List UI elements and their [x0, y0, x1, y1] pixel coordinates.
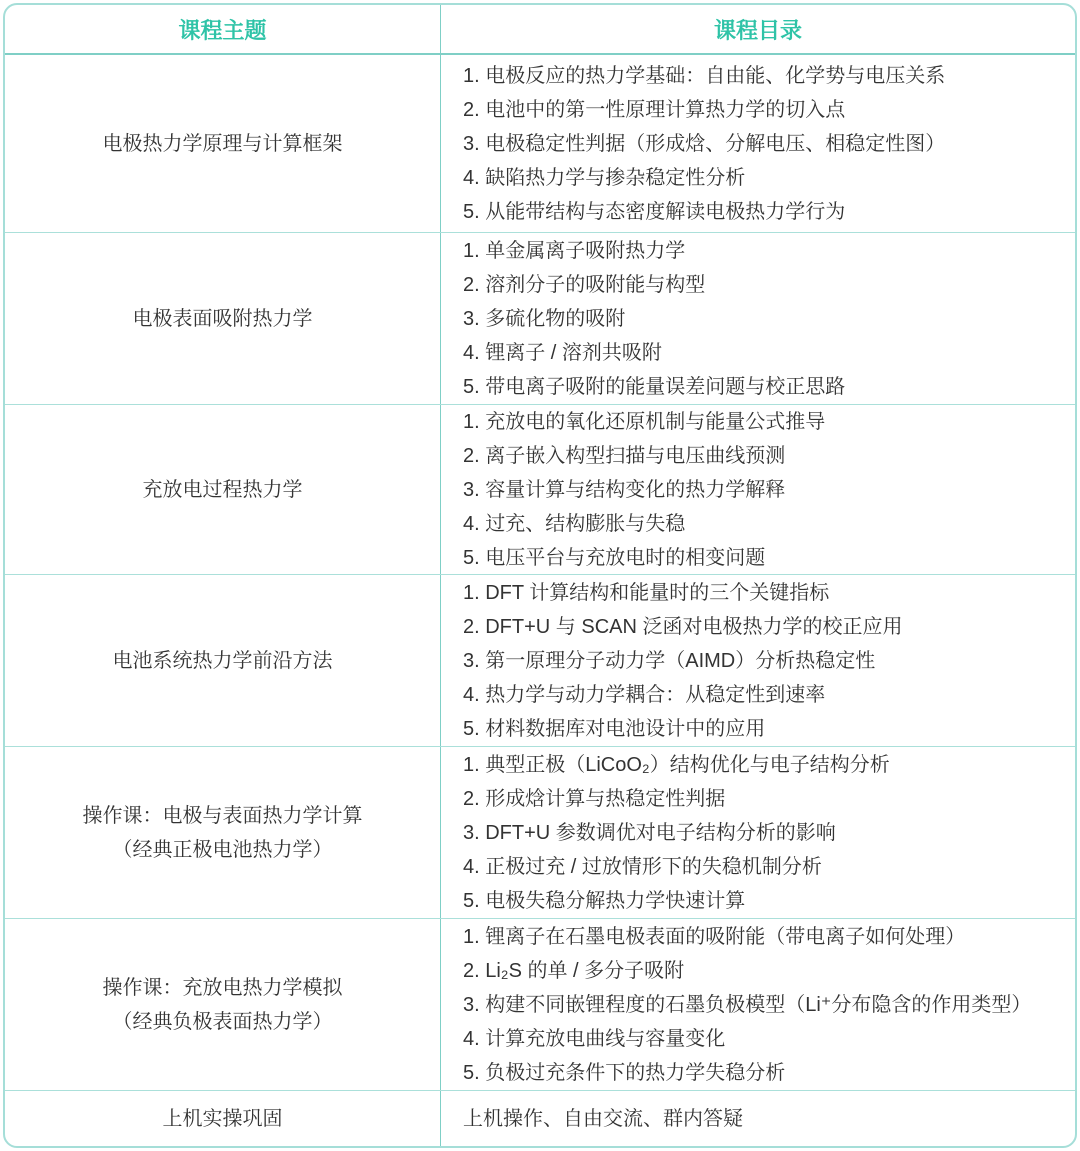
catalog-item: 3. 第一原理分子动力学（AIMD）分析热稳定性: [463, 644, 1063, 678]
catalog-cell: 1. DFT 计算结构和能量时的三个关键指标2. DFT+U 与 SCAN 泛函…: [440, 575, 1075, 746]
topic-text: 上机实操巩固: [163, 1102, 283, 1136]
catalog-item: 5. 电压平台与充放电时的相变问题: [463, 541, 1063, 575]
catalog-item: 3. 多硫化物的吸附: [463, 302, 1063, 336]
table-body: 电极热力学原理与计算框架1. 电极反应的热力学基础：自由能、化学势与电压关系2.…: [5, 55, 1075, 1146]
catalog-item: 5. 从能带结构与态密度解读电极热力学行为: [463, 195, 1063, 229]
catalog-cell: 上机操作、自由交流、群内答疑: [440, 1091, 1075, 1146]
catalog-item: 5. 负极过充条件下的热力学失稳分析: [463, 1056, 1063, 1090]
page: 课程主题 课程目录 电极热力学原理与计算框架1. 电极反应的热力学基础：自由能、…: [0, 0, 1080, 1151]
topic-text: 电极热力学原理与计算框架: [103, 127, 343, 161]
topic-text: 操作课：电极与表面热力学计算: [83, 799, 363, 833]
catalog-item: 2. DFT+U 与 SCAN 泛函对电极热力学的校正应用: [463, 610, 1063, 644]
table-row: 电极表面吸附热力学1. 单金属离子吸附热力学2. 溶剂分子的吸附能与构型3. 多…: [5, 232, 1075, 404]
catalog-item: 2. Li₂S 的单 / 多分子吸附: [463, 954, 1063, 988]
catalog-item: 1. 充放电的氧化还原机制与能量公式推导: [463, 405, 1063, 439]
topic-text: （经典正极电池热力学）: [113, 833, 333, 867]
topic-cell: 操作课：电极与表面热力学计算（经典正极电池热力学）: [5, 747, 440, 918]
table-row: 操作课：电极与表面热力学计算（经典正极电池热力学）1. 典型正极（LiCoO₂）…: [5, 746, 1075, 918]
catalog-cell: 1. 典型正极（LiCoO₂）结构优化与电子结构分析2. 形成焓计算与热稳定性判…: [440, 747, 1075, 918]
topic-cell: 电极热力学原理与计算框架: [5, 55, 440, 232]
table-row: 电极热力学原理与计算框架1. 电极反应的热力学基础：自由能、化学势与电压关系2.…: [5, 55, 1075, 232]
topic-cell: 电池系统热力学前沿方法: [5, 575, 440, 746]
topic-text: （经典负极表面热力学）: [113, 1005, 333, 1039]
catalog-item: 上机操作、自由交流、群内答疑: [463, 1102, 1063, 1136]
column-header-catalog: 课程目录: [440, 5, 1075, 53]
catalog-item: 5. 材料数据库对电池设计中的应用: [463, 712, 1063, 746]
topic-text: 电池系统热力学前沿方法: [113, 644, 333, 678]
column-header-topic: 课程主题: [5, 5, 440, 53]
catalog-item: 2. 形成焓计算与热稳定性判据: [463, 782, 1063, 816]
catalog-item: 1. 电极反应的热力学基础：自由能、化学势与电压关系: [463, 59, 1063, 93]
table-row: 操作课：充放电热力学模拟（经典负极表面热力学）1. 锂离子在石墨电极表面的吸附能…: [5, 918, 1075, 1090]
topic-text: 电极表面吸附热力学: [133, 302, 313, 336]
table-row: 电池系统热力学前沿方法1. DFT 计算结构和能量时的三个关键指标2. DFT+…: [5, 574, 1075, 746]
catalog-item: 2. 电池中的第一性原理计算热力学的切入点: [463, 93, 1063, 127]
course-table: 课程主题 课程目录 电极热力学原理与计算框架1. 电极反应的热力学基础：自由能、…: [3, 3, 1077, 1148]
catalog-item: 2. 离子嵌入构型扫描与电压曲线预测: [463, 439, 1063, 473]
catalog-cell: 1. 电极反应的热力学基础：自由能、化学势与电压关系2. 电池中的第一性原理计算…: [440, 55, 1075, 232]
topic-text: 充放电过程热力学: [143, 473, 303, 507]
topic-cell: 操作课：充放电热力学模拟（经典负极表面热力学）: [5, 919, 440, 1090]
catalog-item: 4. 正极过充 / 过放情形下的失稳机制分析: [463, 850, 1063, 884]
catalog-item: 4. 过充、结构膨胀与失稳: [463, 507, 1063, 541]
catalog-item: 4. 计算充放电曲线与容量变化: [463, 1022, 1063, 1056]
catalog-cell: 1. 锂离子在石墨电极表面的吸附能（带电离子如何处理）2. Li₂S 的单 / …: [440, 919, 1075, 1090]
table-row: 上机实操巩固上机操作、自由交流、群内答疑: [5, 1090, 1075, 1146]
catalog-item: 5. 电极失稳分解热力学快速计算: [463, 884, 1063, 918]
catalog-item: 2. 溶剂分子的吸附能与构型: [463, 268, 1063, 302]
topic-cell: 充放电过程热力学: [5, 405, 440, 574]
catalog-item: 1. 典型正极（LiCoO₂）结构优化与电子结构分析: [463, 748, 1063, 782]
catalog-item: 3. 容量计算与结构变化的热力学解释: [463, 473, 1063, 507]
catalog-item: 1. 单金属离子吸附热力学: [463, 234, 1063, 268]
catalog-item: 5. 带电离子吸附的能量误差问题与校正思路: [463, 370, 1063, 404]
catalog-item: 1. DFT 计算结构和能量时的三个关键指标: [463, 576, 1063, 610]
topic-text: 操作课：充放电热力学模拟: [103, 971, 343, 1005]
table-row: 充放电过程热力学1. 充放电的氧化还原机制与能量公式推导2. 离子嵌入构型扫描与…: [5, 404, 1075, 574]
catalog-item: 4. 锂离子 / 溶剂共吸附: [463, 336, 1063, 370]
catalog-item: 3. 构建不同嵌锂程度的石墨负极模型（Li⁺分布隐含的作用类型）: [463, 988, 1063, 1022]
catalog-item: 1. 锂离子在石墨电极表面的吸附能（带电离子如何处理）: [463, 920, 1063, 954]
catalog-cell: 1. 单金属离子吸附热力学2. 溶剂分子的吸附能与构型3. 多硫化物的吸附4. …: [440, 233, 1075, 404]
topic-cell: 电极表面吸附热力学: [5, 233, 440, 404]
catalog-item: 3. 电极稳定性判据（形成焓、分解电压、相稳定性图）: [463, 127, 1063, 161]
catalog-item: 4. 缺陷热力学与掺杂稳定性分析: [463, 161, 1063, 195]
catalog-item: 3. DFT+U 参数调优对电子结构分析的影响: [463, 816, 1063, 850]
table-header: 课程主题 课程目录: [5, 5, 1075, 55]
topic-cell: 上机实操巩固: [5, 1091, 440, 1146]
catalog-item: 4. 热力学与动力学耦合：从稳定性到速率: [463, 678, 1063, 712]
catalog-cell: 1. 充放电的氧化还原机制与能量公式推导2. 离子嵌入构型扫描与电压曲线预测3.…: [440, 405, 1075, 574]
